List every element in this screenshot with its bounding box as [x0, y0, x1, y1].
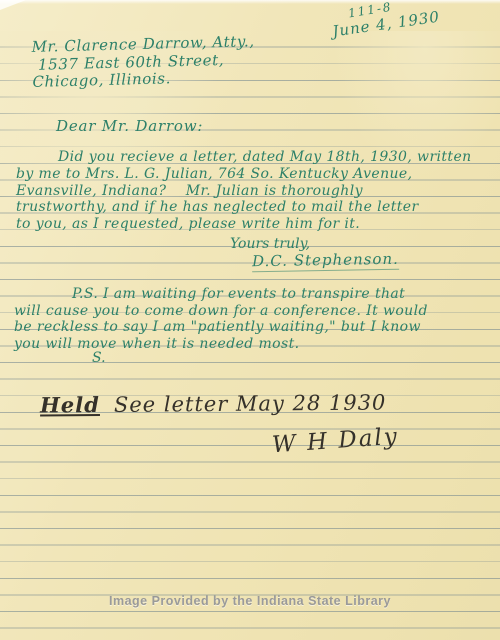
salutation: Dear Mr. Darrow:: [56, 117, 203, 135]
body-line-2: by me to Mrs. L. G. Julian, 764 So. Kent…: [16, 166, 412, 182]
held-label: Held: [40, 392, 100, 418]
body-line-1: Did you recieve a letter, dated May 18th…: [58, 149, 472, 165]
library-watermark: Image Provided by the Indiana State Libr…: [0, 594, 500, 608]
postscript-line-1: P.S. I am waiting for events to transpir…: [72, 286, 405, 302]
closing: Yours truly,: [230, 236, 310, 252]
scan-corner: [0, 0, 26, 10]
archivist-signature: W H Daly: [271, 424, 399, 459]
sender-signature: D.C. Stephenson.: [252, 250, 399, 273]
postscript-initial: S.: [92, 350, 106, 366]
held-note-text: See letter May 28 1930: [114, 390, 387, 416]
postscript-line-4: you will move when it is needed most.: [14, 336, 299, 352]
postscript-line-3: be reckless to say I am "patiently waiti…: [14, 319, 421, 335]
body-line-3: Evansville, Indiana? Mr. Julian is thoro…: [16, 183, 363, 199]
scanned-letter-page: 111-8 June 4, 1930 Mr. Clarence Darrow, …: [0, 0, 500, 640]
body-line-5: to you, as I requested, please write him…: [16, 216, 360, 232]
archival-held-note: HeldSee letter May 28 1930: [40, 389, 387, 417]
postscript-line-2: will cause you to come down for a confer…: [14, 303, 428, 319]
recipient-city-line: Chicago, Illinois.: [32, 69, 171, 91]
body-line-4: trustworthy, and if he has neglected to …: [16, 199, 419, 215]
scan-edge: [0, 0, 500, 4]
recipient-address: Mr. Clarence Darrow, Atty.,1537 East 60t…: [31, 33, 255, 91]
